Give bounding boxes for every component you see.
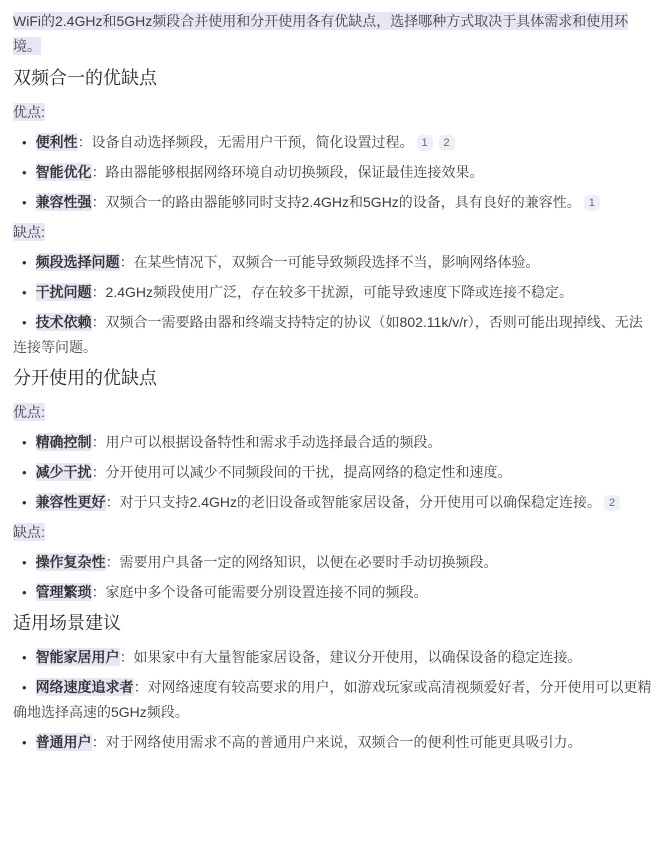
list-item: •智能家居用户：如果家中有大量智能家居设备，建议分开使用，以确保设备的稳定连接。 bbox=[13, 645, 656, 670]
bullet-icon: • bbox=[22, 285, 27, 300]
group: 缺点:•操作复杂性：需要用户具备一定的网络知识，以便在必要时手动切换频段。•管理… bbox=[13, 520, 656, 605]
bullet-icon: • bbox=[22, 495, 27, 510]
item-term: 兼容性强 bbox=[36, 193, 92, 211]
intro-text: WiFi的2.4GHz和5GHz频段合并使用和分开使用各有优缺点，选择哪种方式取… bbox=[13, 12, 628, 55]
bullet-icon: • bbox=[22, 680, 27, 695]
item-text: ：分开使用可以减少不同频段间的干扰，提高网络的稳定性和速度。 bbox=[92, 464, 512, 480]
group-label: 缺点: bbox=[13, 520, 656, 545]
item-term: 操作复杂性 bbox=[36, 553, 106, 571]
item-term: 普通用户 bbox=[36, 733, 92, 751]
section-heading: 适用场景建议 bbox=[13, 610, 656, 636]
bullet-icon: • bbox=[22, 315, 27, 330]
group-label: 缺点: bbox=[13, 220, 656, 245]
group-label: 优点: bbox=[13, 100, 656, 125]
list-item: •兼容性更好：对于只支持2.4GHz的老旧设备或智能家居设备，分开使用可以确保稳… bbox=[13, 490, 656, 515]
list-item: •便利性：设备自动选择频段，无需用户干预，简化设置过程。12 bbox=[13, 130, 656, 155]
item-text: ：对于网络使用需求不高的普通用户来说，双频合一的便利性可能更具吸引力。 bbox=[92, 734, 582, 750]
citation-badge[interactable]: 2 bbox=[604, 495, 620, 511]
group-label-text: 缺点: bbox=[13, 223, 45, 241]
item-text: ：用户可以根据设备特性和需求手动选择最合适的频段。 bbox=[92, 434, 442, 450]
list-item: •减少干扰：分开使用可以减少不同频段间的干扰，提高网络的稳定性和速度。 bbox=[13, 460, 656, 485]
citation-badge[interactable]: 1 bbox=[417, 135, 433, 151]
bullet-icon: • bbox=[22, 255, 27, 270]
bullet-icon: • bbox=[22, 165, 27, 180]
list-item: •技术依赖：双频合一需要路由器和终端支持特定的协议（如802.11k/v/r），… bbox=[13, 310, 656, 360]
list-item: •精确控制：用户可以根据设备特性和需求手动选择最合适的频段。 bbox=[13, 430, 656, 455]
group-label-text: 缺点: bbox=[13, 523, 45, 541]
item-term: 技术依赖 bbox=[36, 313, 92, 331]
list-item: •干扰问题：2.4GHz频段使用广泛，存在较多干扰源，可能导致速度下降或连接不稳… bbox=[13, 280, 656, 305]
citation-badge[interactable]: 1 bbox=[584, 195, 600, 211]
bullet-icon: • bbox=[22, 435, 27, 450]
list-item: •普通用户：对于网络使用需求不高的普通用户来说，双频合一的便利性可能更具吸引力。 bbox=[13, 730, 656, 755]
bullet-icon: • bbox=[22, 135, 27, 150]
item-term: 便利性 bbox=[36, 133, 78, 151]
item-term: 智能优化 bbox=[36, 163, 92, 181]
group-label-text: 优点: bbox=[13, 403, 45, 421]
list-item: •管理繁琐：家庭中多个设备可能需要分别设置连接不同的频段。 bbox=[13, 580, 656, 605]
group: 优点:•便利性：设备自动选择频段，无需用户干预，简化设置过程。12•智能优化：路… bbox=[13, 100, 656, 215]
section-heading: 双频合一的优缺点 bbox=[13, 65, 656, 91]
answer-content: WiFi的2.4GHz和5GHz频段合并使用和分开使用各有优缺点，选择哪种方式取… bbox=[0, 0, 672, 755]
item-term: 兼容性更好 bbox=[36, 493, 106, 511]
bullet-icon: • bbox=[22, 585, 27, 600]
item-term: 减少干扰 bbox=[36, 463, 92, 481]
section: 双频合一的优缺点优点:•便利性：设备自动选择频段，无需用户干预，简化设置过程。1… bbox=[13, 65, 656, 360]
item-text: ：双频合一的路由器能够同时支持2.4GHz和5GHz的设备，具有良好的兼容性。 bbox=[92, 194, 581, 210]
item-term: 频段选择问题 bbox=[36, 253, 120, 271]
group-label: 优点: bbox=[13, 400, 656, 425]
item-text: ：设备自动选择频段，无需用户干预，简化设置过程。 bbox=[78, 134, 414, 150]
item-text: ：对于只支持2.4GHz的老旧设备或智能家居设备，分开使用可以确保稳定连接。 bbox=[106, 494, 601, 510]
list-item: •网络速度追求者：对网络速度有较高要求的用户，如游戏玩家或高清视频爱好者，分开使… bbox=[13, 675, 656, 725]
group: •智能家居用户：如果家中有大量智能家居设备，建议分开使用，以确保设备的稳定连接。… bbox=[13, 645, 656, 755]
bullet-icon: • bbox=[22, 735, 27, 750]
group: 缺点:•频段选择问题：在某些情况下，双频合一可能导致频段选择不当，影响网络体验。… bbox=[13, 220, 656, 360]
item-term: 智能家居用户 bbox=[36, 648, 120, 666]
item-text: ：2.4GHz频段使用广泛，存在较多干扰源，可能导致速度下降或连接不稳定。 bbox=[92, 284, 573, 300]
list-item: •频段选择问题：在某些情况下，双频合一可能导致频段选择不当，影响网络体验。 bbox=[13, 250, 656, 275]
bullet-icon: • bbox=[22, 555, 27, 570]
citation-badge[interactable]: 2 bbox=[439, 135, 455, 151]
intro-paragraph: WiFi的2.4GHz和5GHz频段合并使用和分开使用各有优缺点，选择哪种方式取… bbox=[13, 9, 656, 59]
item-term: 网络速度追求者 bbox=[36, 678, 134, 696]
item-term: 精确控制 bbox=[36, 433, 92, 451]
bullet-icon: • bbox=[22, 650, 27, 665]
group-label-text: 优点: bbox=[13, 103, 45, 121]
list-item: •兼容性强：双频合一的路由器能够同时支持2.4GHz和5GHz的设备，具有良好的… bbox=[13, 190, 656, 215]
item-term: 干扰问题 bbox=[36, 283, 92, 301]
section: 分开使用的优缺点优点:•精确控制：用户可以根据设备特性和需求手动选择最合适的频段… bbox=[13, 365, 656, 605]
bullet-icon: • bbox=[22, 195, 27, 210]
item-text: ：家庭中多个设备可能需要分别设置连接不同的频段。 bbox=[92, 584, 428, 600]
section: 适用场景建议•智能家居用户：如果家中有大量智能家居设备，建议分开使用，以确保设备… bbox=[13, 610, 656, 755]
item-term: 管理繁琐 bbox=[36, 583, 92, 601]
section-heading: 分开使用的优缺点 bbox=[13, 365, 656, 391]
item-text: ：双频合一需要路由器和终端支持特定的协议（如802.11k/v/r），否则可能出… bbox=[13, 314, 643, 355]
item-text: ：需要用户具备一定的网络知识，以便在必要时手动切换频段。 bbox=[106, 554, 498, 570]
item-text: ：在某些情况下，双频合一可能导致频段选择不当，影响网络体验。 bbox=[120, 254, 540, 270]
item-text: ：如果家中有大量智能家居设备，建议分开使用，以确保设备的稳定连接。 bbox=[120, 649, 582, 665]
item-text: ：路由器能够根据网络环境自动切换频段，保证最佳连接效果。 bbox=[92, 164, 484, 180]
bullet-icon: • bbox=[22, 465, 27, 480]
list-item: •操作复杂性：需要用户具备一定的网络知识，以便在必要时手动切换频段。 bbox=[13, 550, 656, 575]
sections-root: 双频合一的优缺点优点:•便利性：设备自动选择频段，无需用户干预，简化设置过程。1… bbox=[13, 65, 656, 755]
list-item: •智能优化：路由器能够根据网络环境自动切换频段，保证最佳连接效果。 bbox=[13, 160, 656, 185]
group: 优点:•精确控制：用户可以根据设备特性和需求手动选择最合适的频段。•减少干扰：分… bbox=[13, 400, 656, 515]
